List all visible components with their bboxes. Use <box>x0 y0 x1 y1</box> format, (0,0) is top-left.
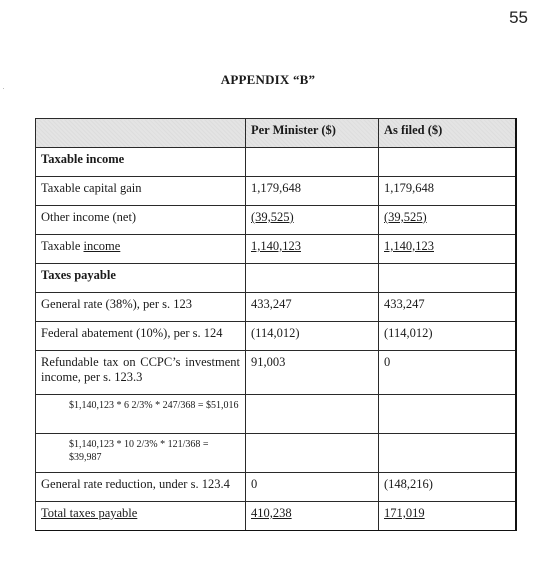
cell-as-filed <box>379 264 517 293</box>
calculation-note: $1,140,123 * 6 2/3% * 247/368 = $51,016 <box>36 395 246 434</box>
cell-per-minister <box>246 395 379 434</box>
cell-per-minister: 0 <box>246 473 379 502</box>
value-underlined: (39,525) <box>251 210 294 224</box>
label-underlined: income <box>84 239 121 253</box>
cell-as-filed: (39,525) <box>379 206 517 235</box>
table-row: Taxable capital gain 1,179,648 1,179,648 <box>36 177 517 206</box>
table-row: Taxable income 1,140,123 1,140,123 <box>36 235 517 264</box>
calculation-note: $1,140,123 * 10 2/3% * 121/368 = $39,987 <box>36 434 246 473</box>
cell-per-minister <box>246 148 379 177</box>
cell-as-filed: 1,179,648 <box>379 177 517 206</box>
total-label: Total taxes payable <box>41 506 137 520</box>
cell-per-minister: 91,003 <box>246 351 379 395</box>
value-underlined: 1,140,123 <box>384 239 434 253</box>
row-label: Refundable tax on CCPC’s investment inco… <box>36 351 246 395</box>
cell-as-filed: 0 <box>379 351 517 395</box>
value-underlined: (39,525) <box>384 210 427 224</box>
cell-as-filed <box>379 395 517 434</box>
row-label: Total taxes payable <box>36 502 246 531</box>
value-underlined: 171,019 <box>384 506 425 520</box>
table-row: Federal abatement (10%), per s. 124 (114… <box>36 322 517 351</box>
scan-speck <box>3 88 4 89</box>
cell-as-filed: 433,247 <box>379 293 517 322</box>
appendix-table: Per Minister ($) As filed ($) Taxable in… <box>35 118 517 531</box>
value-underlined: 1,140,123 <box>251 239 301 253</box>
page-number: 55 <box>509 8 528 28</box>
table-header-row: Per Minister ($) As filed ($) <box>36 119 517 148</box>
cell-per-minister: (39,525) <box>246 206 379 235</box>
row-label: General rate (38%), per s. 123 <box>36 293 246 322</box>
table-row: Taxes payable <box>36 264 517 293</box>
cell-per-minister <box>246 264 379 293</box>
row-label: Federal abatement (10%), per s. 124 <box>36 322 246 351</box>
table-row: General rate reduction, under s. 123.4 0… <box>36 473 517 502</box>
row-label: Taxable capital gain <box>36 177 246 206</box>
table-row-total: Total taxes payable 410,238 171,019 <box>36 502 517 531</box>
cell-as-filed: 171,019 <box>379 502 517 531</box>
cell-per-minister <box>246 434 379 473</box>
cell-as-filed: 1,140,123 <box>379 235 517 264</box>
appendix-title: APPENDIX “B” <box>0 72 536 88</box>
table-row: Refundable tax on CCPC’s investment inco… <box>36 351 517 395</box>
cell-per-minister: 1,140,123 <box>246 235 379 264</box>
value-underlined: 410,238 <box>251 506 292 520</box>
cell-per-minister: 433,247 <box>246 293 379 322</box>
cell-as-filed: (148,216) <box>379 473 517 502</box>
cell-per-minister: 1,179,648 <box>246 177 379 206</box>
cell-per-minister: (114,012) <box>246 322 379 351</box>
section-heading-taxable-income: Taxable income <box>36 148 246 177</box>
header-cell-label <box>36 119 246 148</box>
table-row: Other income (net) (39,525) (39,525) <box>36 206 517 235</box>
cell-as-filed <box>379 434 517 473</box>
row-label: Other income (net) <box>36 206 246 235</box>
header-cell-per-minister: Per Minister ($) <box>246 119 379 148</box>
label-prefix: Taxable <box>41 239 84 253</box>
table-row: $1,140,123 * 6 2/3% * 247/368 = $51,016 <box>36 395 517 434</box>
cell-per-minister: 410,238 <box>246 502 379 531</box>
row-label: General rate reduction, under s. 123.4 <box>36 473 246 502</box>
header-cell-as-filed: As filed ($) <box>379 119 517 148</box>
table-row: Taxable income <box>36 148 517 177</box>
cell-as-filed <box>379 148 517 177</box>
table-row: General rate (38%), per s. 123 433,247 4… <box>36 293 517 322</box>
cell-as-filed: (114,012) <box>379 322 517 351</box>
section-heading-taxes-payable: Taxes payable <box>36 264 246 293</box>
row-label: Taxable income <box>36 235 246 264</box>
table-row: $1,140,123 * 10 2/3% * 121/368 = $39,987 <box>36 434 517 473</box>
